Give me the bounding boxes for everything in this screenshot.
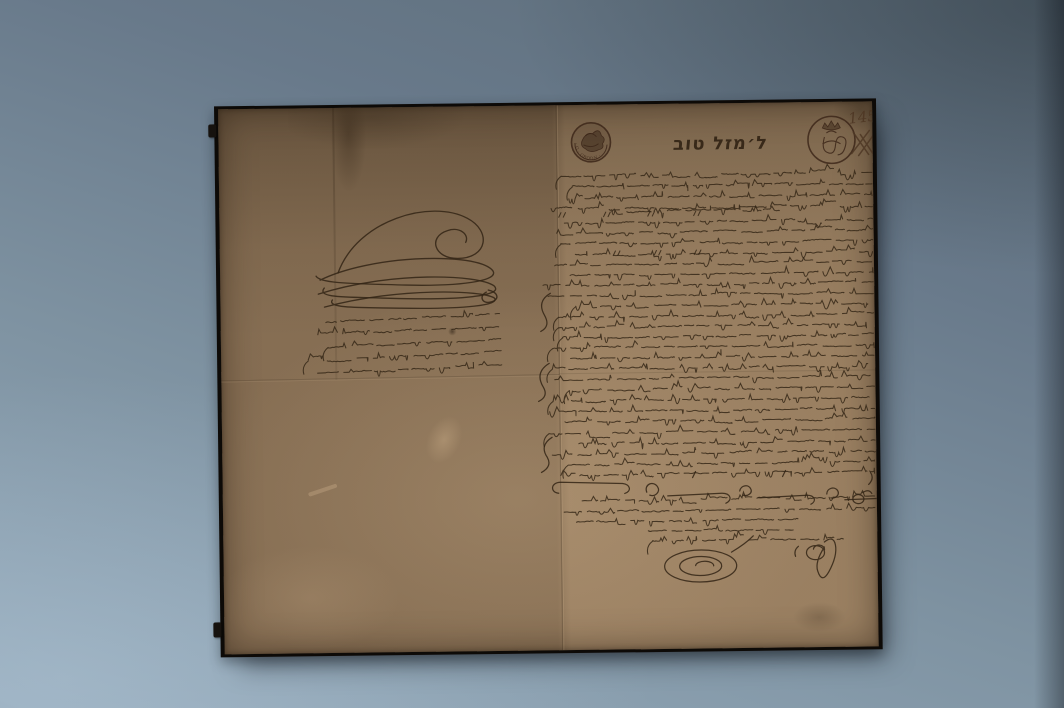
document-title: ל׳מזל טוב — [670, 133, 772, 155]
gallery-wall: · G · GRODN · ל׳מזל טוב 145 — [0, 0, 1064, 708]
left-margin-note — [301, 309, 502, 380]
frame-clip-bottom — [213, 622, 221, 637]
gershayim-row-2 — [613, 250, 701, 256]
body-block-3 — [543, 255, 875, 364]
wall-shadow-band — [1034, 0, 1064, 708]
gershayim-row-1 — [559, 211, 701, 217]
crossed-check-mark-icon — [848, 127, 876, 157]
frame-clip-top — [208, 124, 216, 137]
seal-stamp-left-icon: · G · GRODN · — [568, 120, 614, 166]
body-block-4 — [543, 360, 876, 460]
body-block-2 — [555, 214, 873, 262]
manuscript-document: · G · GRODN · ל׳מזל טוב 145 — [218, 101, 879, 654]
body-block-6-tail — [576, 517, 798, 528]
body-block-5 — [561, 452, 875, 481]
attestation-line — [648, 525, 793, 536]
picture-frame: · G · GRODN · ל׳מזל טוב 145 — [214, 98, 883, 657]
signature-line — [647, 530, 843, 554]
catalog-number: 145 — [847, 105, 878, 128]
body-block-6 — [564, 490, 875, 515]
handwriting-layer — [218, 101, 879, 654]
body-block-1 — [551, 164, 873, 216]
